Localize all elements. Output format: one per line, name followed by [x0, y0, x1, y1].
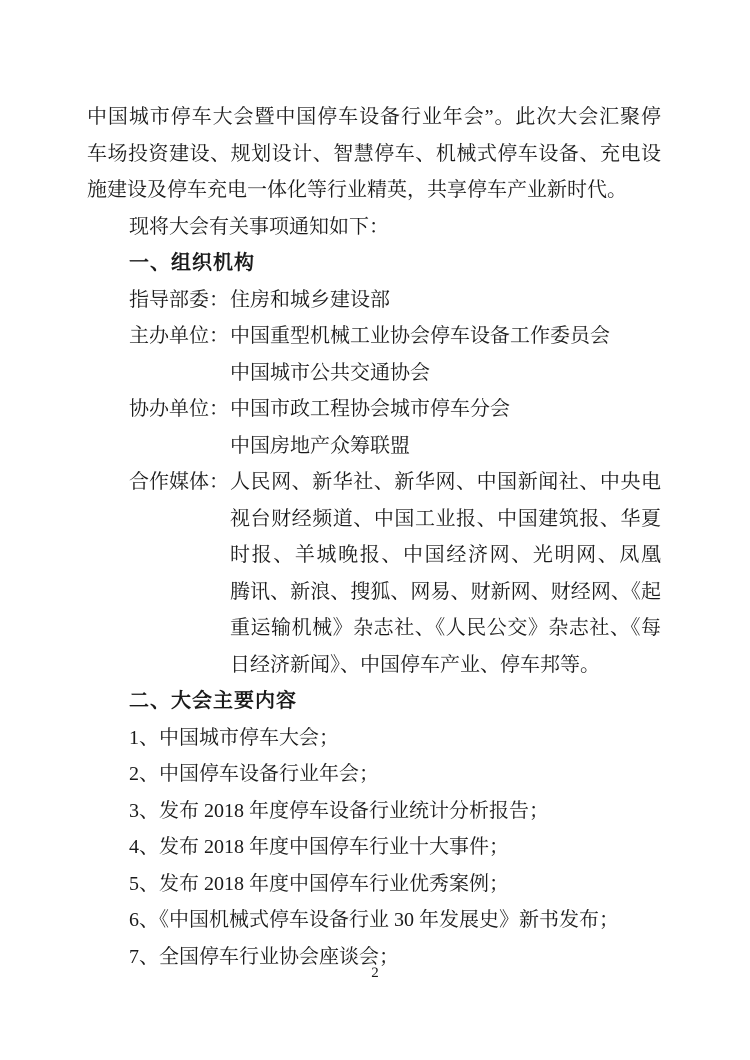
document-page: 中国城市停车大会暨中国停车设备行业年会”。此次大会汇聚停 车场投资建设、规划设计…	[0, 0, 750, 1060]
org-value-line: 时报、羊城晚报、中国经济网、光明网、凤凰网、	[230, 537, 661, 574]
org-value-line: 中国市政工程协会城市停车分会	[230, 391, 661, 428]
org-value-line: 日经济新闻》、中国停车产业、停车邦等。	[230, 647, 661, 684]
list-item: 4、发布 2018 年度中国停车行业十大事件；	[87, 829, 661, 866]
org-row-co-organizers: 协办单位： 中国市政工程协会城市停车分会 中国房地产众筹联盟	[87, 391, 661, 464]
page-number: 2	[0, 963, 750, 983]
org-label: 合作媒体：	[129, 464, 229, 501]
org-row-guiding-ministry: 指导部委： 住房和城乡建设部	[87, 282, 661, 319]
document-body: 中国城市停车大会暨中国停车设备行业年会”。此次大会汇聚停 车场投资建设、规划设计…	[87, 99, 661, 975]
org-value-line: 中国重型机械工业协会停车设备工作委员会	[230, 318, 661, 355]
list-item: 6、《中国机械式停车设备行业 30 年发展史》新书发布；	[87, 902, 661, 939]
org-value-line: 重运输机械》杂志社、《人民公交》杂志社、《每	[230, 610, 661, 647]
list-item: 2、中国停车设备行业年会；	[87, 756, 661, 793]
paragraph-line: 车场投资建设、规划设计、智慧停车、机械式停车设备、充电设	[87, 136, 661, 173]
org-value: 中国重型机械工业协会停车设备工作委员会 中国城市公共交通协会	[230, 318, 661, 391]
paragraph-line: 施建设及停车充电一体化等行业精英，共享停车产业新时代。	[87, 172, 661, 209]
org-label: 指导部委：	[129, 282, 229, 319]
org-value: 人民网、新华社、新华网、中国新闻社、中央电 视台财经频道、中国工业报、中国建筑报…	[230, 464, 661, 683]
org-value: 中国市政工程协会城市停车分会 中国房地产众筹联盟	[230, 391, 661, 464]
org-label: 主办单位：	[129, 318, 229, 355]
list-item: 1、中国城市停车大会；	[87, 720, 661, 757]
section-heading-organization: 一、组织机构	[87, 245, 661, 282]
paragraph-line: 中国城市停车大会暨中国停车设备行业年会”。此次大会汇聚停	[87, 99, 661, 136]
org-value-line: 中国房地产众筹联盟	[230, 428, 661, 465]
org-label: 协办单位：	[129, 391, 229, 428]
org-value-line: 住房和城乡建设部	[230, 282, 661, 319]
org-value-line: 中国城市公共交通协会	[230, 355, 661, 392]
list-item: 3、发布 2018 年度停车设备行业统计分析报告；	[87, 793, 661, 830]
org-value-line: 人民网、新华社、新华网、中国新闻社、中央电	[230, 464, 661, 501]
org-row-media-partners: 合作媒体： 人民网、新华社、新华网、中国新闻社、中央电 视台财经频道、中国工业报…	[87, 464, 661, 683]
org-value-line: 视台财经频道、中国工业报、中国建筑报、华夏	[230, 501, 661, 538]
list-item: 5、发布 2018 年度中国停车行业优秀案例；	[87, 866, 661, 903]
org-row-host-units: 主办单位： 中国重型机械工业协会停车设备工作委员会 中国城市公共交通协会	[87, 318, 661, 391]
org-value: 住房和城乡建设部	[230, 282, 661, 319]
section-heading-main-content: 二、大会主要内容	[87, 683, 661, 720]
notice-line: 现将大会有关事项通知如下：	[87, 209, 661, 246]
org-value-line: 腾讯、新浪、搜狐、网易、财新网、财经网、《起	[230, 574, 661, 611]
